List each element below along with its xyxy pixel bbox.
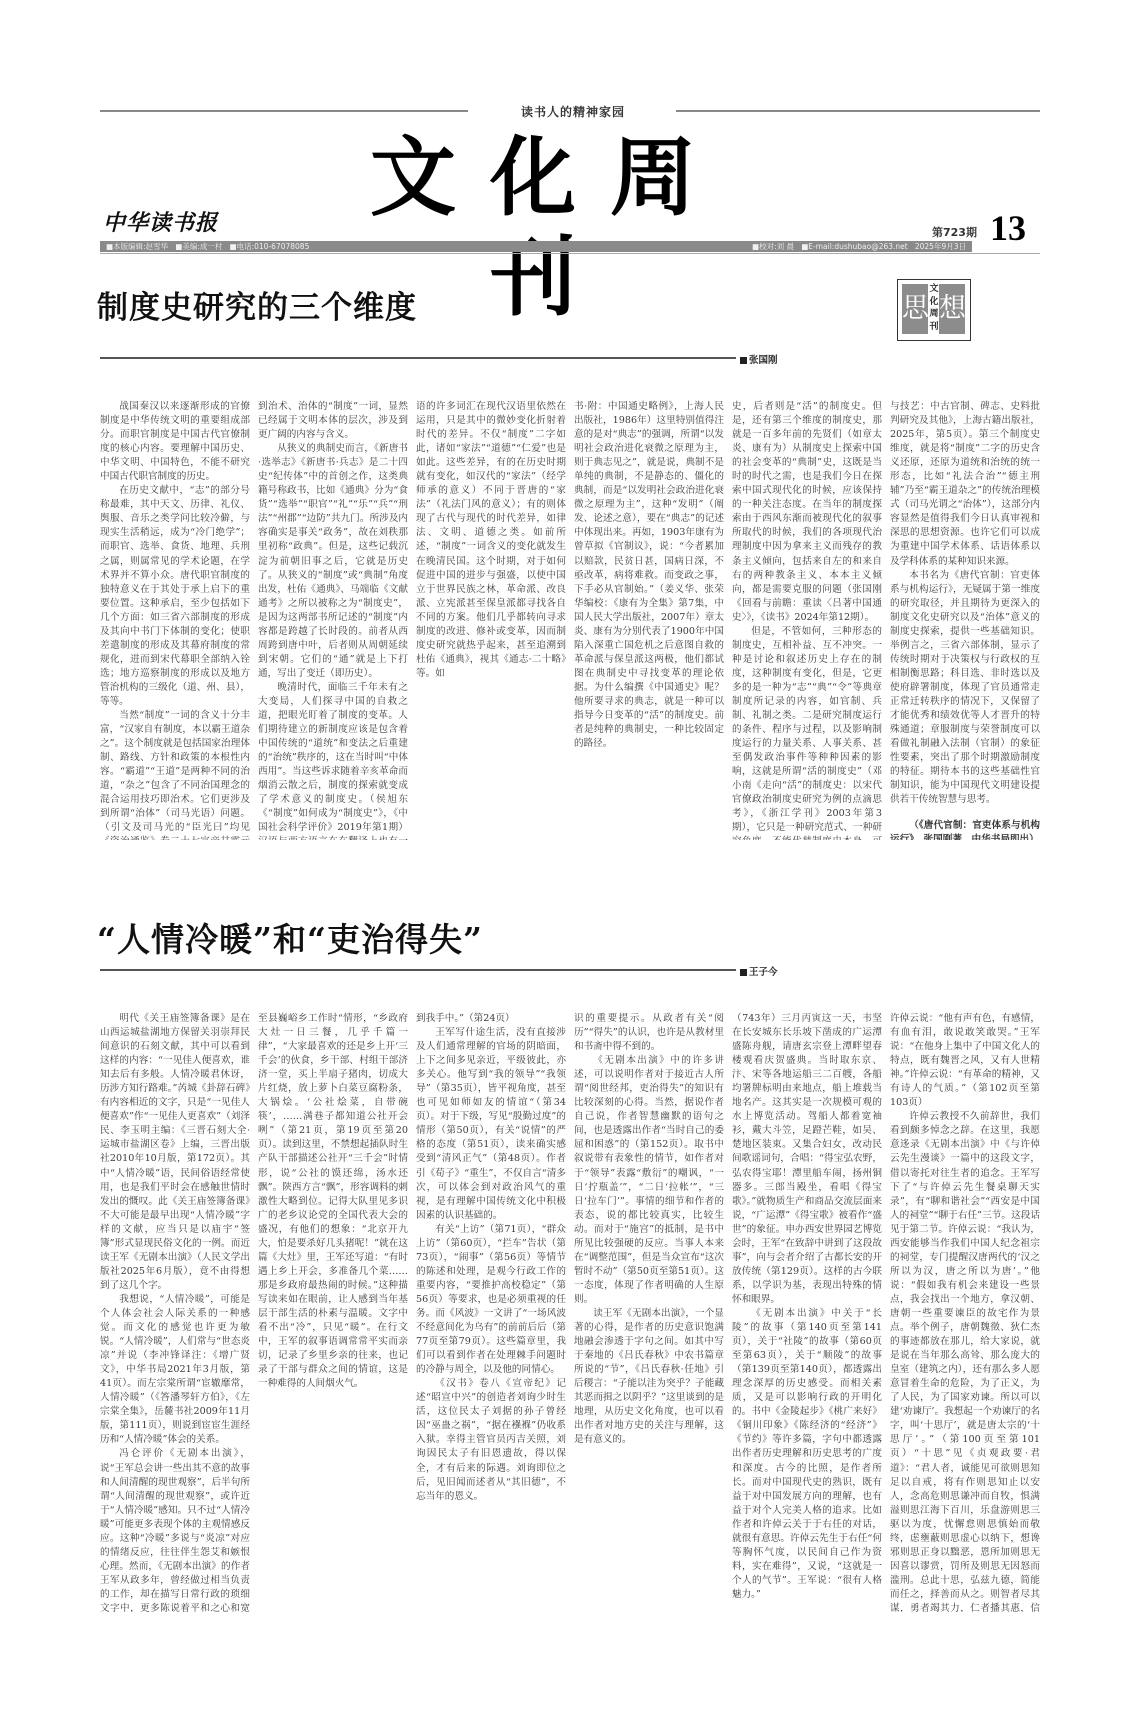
- section-logo-thought: 思 文 化 周 刊 想: [897, 279, 971, 341]
- paragraph: 书·附：中国通史略例》，上海人民出版社，1986年）这里特别值得注意的是对“典志…: [574, 400, 724, 751]
- text-column: 史，后者则是“活”的制度史。但是，还有第三个维度的制度史，那就是一百多年前的先贤…: [732, 400, 882, 840]
- text-column: 书·附：中国通史略例》，上海人民出版社，1986年）这里特别值得注意的是对“典志…: [574, 400, 724, 840]
- article1-byline-rule: [100, 357, 736, 359]
- paragraph: 至县巍峪乡工作时“情形，“乡政府大灶一日三餐，几乎千篇一律”，“大家最喜欢的还是…: [258, 1012, 408, 1391]
- text-column: 至县巍峪乡工作时“情形，“乡政府大灶一日三餐，几乎千篇一律”，“大家最喜欢的还是…: [258, 1012, 408, 1612]
- editor-info: ■本版编辑:赵雪华 ■美编:成一村 ■电话:010-67078085: [106, 241, 309, 252]
- text-column: 到治术、治体的“制度”一词，显然已经属于文明本体的层次，涉及到更广阔的内容与含义…: [258, 400, 408, 840]
- text-column: 识的重要提示。从政者有关“阅历”“得失”的认识，也许是从教材里和书斋中得不到的。…: [574, 1012, 724, 1612]
- paragraph: 有关“上访”（第71页），“群众上访”（第60页），“拦车”告状（第73页），“…: [416, 1223, 566, 1378]
- paragraph: 我想说，“人情冷暖”，可能是个人体会社会人际关系的一种感觉。而文化的感觉也许更为…: [100, 1293, 250, 1448]
- text-column: 许倬云说：“他有声有色，有感情，有血有泪，敢说敢笑敢哭。”王军说：“在他身上集中…: [890, 1012, 1040, 1612]
- article2-byline: 王子今: [740, 964, 778, 978]
- contact-info: ■校对:刘 晨 ■E-mail:dushubao@263.net 2025年9月…: [752, 241, 966, 252]
- tagline-row: 读书人的精神家园: [100, 104, 1040, 118]
- paragraph: 读王军《无剧本出演》，一个显著的心得，是作者的历史意识饱满地融会渗透于字句之间。…: [574, 1307, 724, 1447]
- article2-headline: “人情冷暖”和“吏治得失”: [97, 914, 483, 961]
- paragraph: 到我手中。”（第24页）: [416, 1012, 566, 1026]
- paragraph: 许倬云说：“他有声有色，有感情，有血有泪，敢说敢笑敢哭。”王军说：“在他身上集中…: [890, 1012, 1040, 1110]
- text-column: 战国秦汉以来逐渐形成的官僚制度是中华传统文明的重要组成部分。而职官制度是中国古代…: [100, 400, 250, 840]
- paragraph: 当然“制度”一词的含义十分丰富，“汉家自有制度，本以霸王道杂之”。这个制度就是包…: [100, 709, 250, 840]
- paragraph: 冯仑评价《无剧本出演》，说“王军总会讲一些出其不意的故事和人间清醒的现世观察”，…: [100, 1447, 250, 1612]
- paragraph: 《无剧本出演》中关于“长陵”的故事（第140页至第141页），关于“社陵”的故事…: [732, 1307, 882, 1602]
- paragraph: 许倬云教授不久前辞世，我们看到颇多悼念之辞。在这里，我愿意迻录《无剧本出演》中《…: [890, 1110, 1040, 1612]
- tagline-rule-right: [676, 110, 1040, 112]
- paragraph: 晚清时代，面临三千年未有之大变局，人们探寻中国的自救之道，把眼光盯着了制度的变革…: [258, 681, 408, 840]
- section-logo-char-right: 想: [939, 284, 965, 334]
- header-divider: [100, 253, 1040, 254]
- paragraph: 本书名为《唐代官制：官吏体系与机构运行》，无疑属于第一维度的研究取径，并且期待为…: [890, 569, 1040, 808]
- paragraph: 王军写什途生活，没有直接涉及人们通常理解的官场的阴暗面，上下之间多见亲近，平级彼…: [416, 1026, 566, 1223]
- section-logo-char-left: 思: [902, 284, 928, 334]
- paragraph: 《汉书》卷八《宣帝纪》记述“昭宣中兴”的创造者刘询少时生活，这位民太子刘据的孙子…: [416, 1377, 566, 1503]
- article2-body: 明代《关王庙签簿备课》是在山西运城盐湖地方保留关羽崇拜民间意识的石刻文献，其中可…: [100, 1012, 1040, 1612]
- text-column: （743年）三月丙寅这一天，韦坚在长安城东长乐坡下凿成的广运潭盛陈舟舰，请唐玄宗…: [732, 1012, 882, 1612]
- article1-headline: 制度史研究的三个维度: [97, 282, 417, 327]
- tagline-rule-left: [100, 110, 468, 112]
- newspaper-brand-logo: 中华读书报: [103, 206, 218, 237]
- paragraph: 《无剧本出演》中的许多讲述，可以说明作者对于接近古人所谓“阅世经邦，吏治得失”的…: [574, 1054, 724, 1307]
- issue-number: 第723期: [932, 224, 977, 240]
- text-column: 到我手中。”（第24页）王军写什途生活，没有直接涉及人们通常理解的官场的阴暗面，…: [416, 1012, 566, 1612]
- page-number: 13: [990, 210, 1026, 246]
- paragraph: 识的重要提示。从政者有关“阅历”“得失”的认识，也许是从教材里和书斋中得不到的。: [574, 1012, 724, 1054]
- text-column: 与技艺：中古官制、碑志、史料批判研究及其他》，上海古籍出版社，2025年，第5页…: [890, 400, 1040, 840]
- tagline: 读书人的精神家园: [476, 103, 670, 120]
- article1-byline: 张国刚: [740, 352, 778, 366]
- article1-body: 战国秦汉以来逐渐形成的官僚制度是中华传统文明的重要组成部分。而职官制度是中国古代…: [100, 400, 1040, 840]
- paragraph: 从狭义的典制史而言，《新唐书·选举志》《新唐书·兵志》是二十四史“纪传体”中的首…: [258, 442, 408, 681]
- paragraph: （743年）三月丙寅这一天，韦坚在长安城东长乐坡下凿成的广运潭盛陈舟舰，请唐玄宗…: [732, 1012, 882, 1307]
- info-bar: ■本版编辑:赵雪华 ■美编:成一村 ■电话:010-67078085 ■校对:刘…: [100, 241, 972, 252]
- paragraph: 与技艺：中古官制、碑志、史料批判研究及其他》，上海古籍出版社，2025年，第5页…: [890, 400, 1040, 569]
- article2-byline-rule: [100, 969, 736, 971]
- paragraph: 明代《关王庙签簿备课》是在山西运城盐湖地方保留关羽崇拜民间意识的石刻文献，其中可…: [100, 1012, 250, 1293]
- paragraph: 但是，不管如何，三种形态的制度史，互相补益、互不冲突。一种是讨论和叙述历史上存在…: [732, 625, 882, 840]
- paragraph: 语的许多词汇在现代汉语里依然在运用，只是其中的微妙变化折射着时代的差异。不仅“制…: [416, 400, 566, 681]
- newspaper-page: 读书人的精神家园 文化周刊 中华读书报 第723期 13 ■本版编辑:赵雪华 ■…: [0, 0, 1133, 1725]
- paragraph: 史，后者则是“活”的制度史。但是，还有第三个维度的制度史，那就是一百多年前的先贤…: [732, 400, 882, 625]
- paragraph: 战国秦汉以来逐渐形成的官僚制度是中华传统文明的重要组成部分。而职官制度是中国古代…: [100, 400, 250, 484]
- book-credit: （《唐代官制：官吏体系与机构运行》，张国刚著，中华书局即出）: [890, 819, 1040, 840]
- text-column: 语的许多词汇在现代汉语里依然在运用，只是其中的微妙变化折射着时代的差异。不仅“制…: [416, 400, 566, 840]
- text-column: 明代《关王庙签簿备课》是在山西运城盐湖地方保留关羽崇拜民间意识的石刻文献，其中可…: [100, 1012, 250, 1612]
- paragraph: 到治术、治体的“制度”一词，显然已经属于文明本体的层次，涉及到更广阔的内容与含义…: [258, 400, 408, 442]
- paragraph: 在历史文献中，“志”的部分号称最难，其中天文、历律、礼仪、舆服、音乐之类学问比较…: [100, 484, 250, 709]
- section-logo-vertical-label: 文 化 周 刊: [929, 283, 939, 333]
